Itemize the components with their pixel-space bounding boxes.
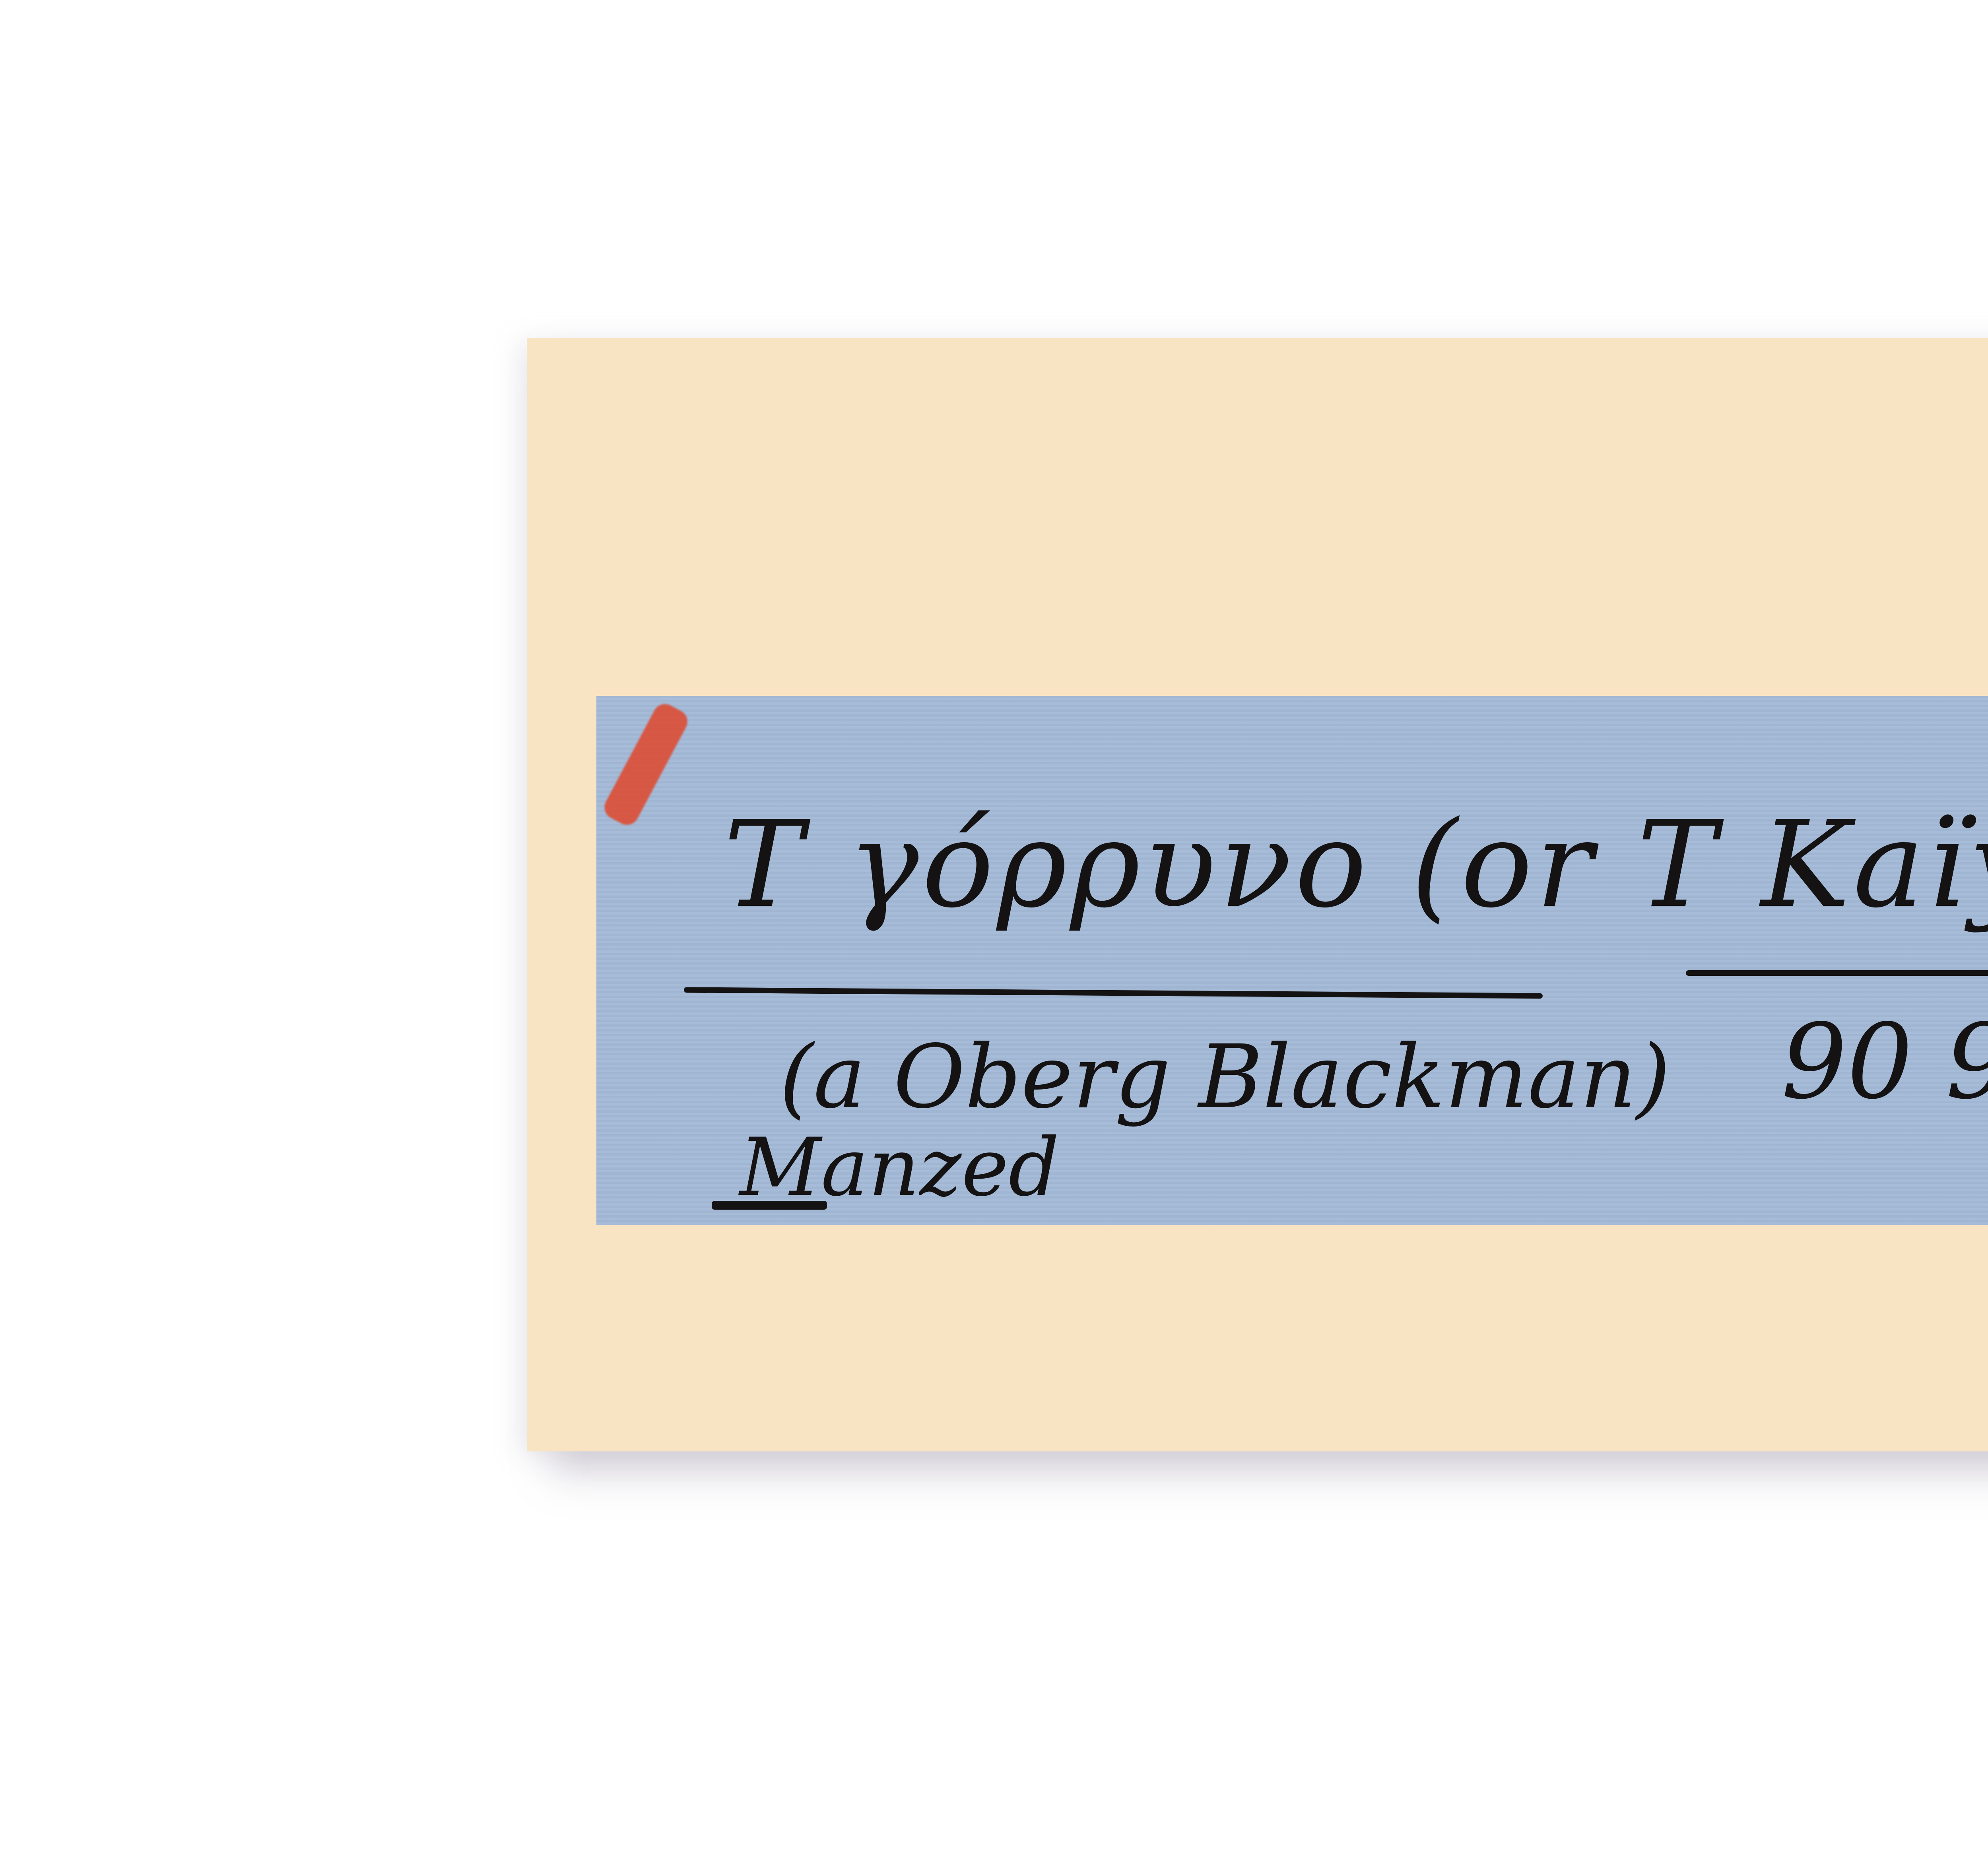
label-line-1: T γόρρυνο (or T Kaïyan) [724, 795, 1988, 934]
label-line-3: Manzed [740, 1121, 1060, 1214]
underline-2 [1686, 970, 1988, 976]
label-line-2-date: 90 9/ 15, [1781, 1002, 1988, 1122]
label-line-2-collector: (a Oberg Blackman) [779, 1026, 1670, 1128]
margin-dash [712, 1201, 827, 1210]
